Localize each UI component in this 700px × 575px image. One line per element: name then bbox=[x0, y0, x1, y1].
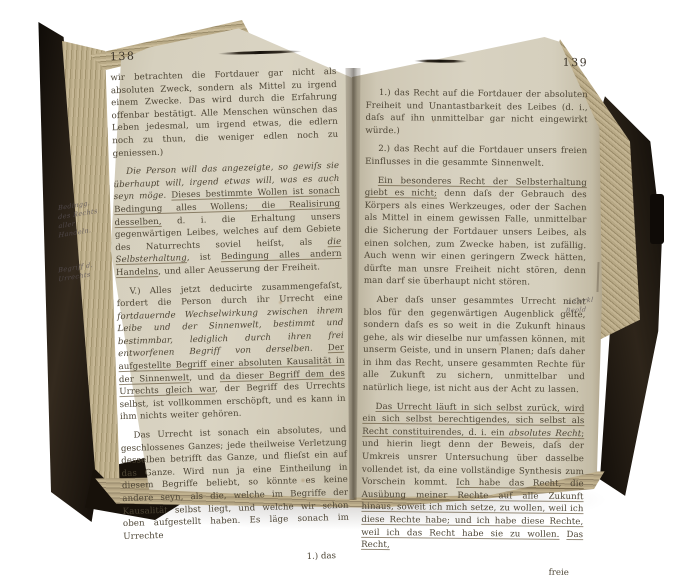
right-page-catchword: freie bbox=[361, 566, 583, 575]
header-rule bbox=[217, 49, 301, 54]
left-page-text-block: 138 wir betrachten die Fortdauer gar nic… bbox=[110, 43, 349, 501]
right-page-text-block: 139 1.) das Recht auf die Fortdauer der … bbox=[362, 53, 588, 485]
printed-paragraph: wir betrachten die Fortdauer gar nicht a… bbox=[110, 66, 338, 160]
left-page-paragraphs: wir betrachten die Fortdauer gar nicht a… bbox=[110, 66, 349, 544]
header-rule bbox=[414, 59, 467, 63]
photo-of-open-book: 138 wir betrachten die Fortdauer gar nic… bbox=[0, 0, 700, 575]
printed-paragraph: Die Person will das angezeigte, so gewiſ… bbox=[113, 160, 342, 280]
text-segment: 1.) das Recht auf die Fortdauer der abso… bbox=[365, 88, 587, 136]
printed-paragraph: V.) Alles jetzt deducirte zusammengefaſs… bbox=[116, 279, 346, 424]
text-segment: , und bbox=[189, 372, 220, 383]
text-segment: Das Urrecht ist sonach ein absolutes, un… bbox=[121, 425, 349, 542]
text-segment: , und aller Aeusserung der Freiheit. bbox=[158, 262, 320, 277]
handwritten-marginalia: a CurklBeold bbox=[565, 294, 615, 316]
printed-paragraph: Aber daſs unser gesammtes Urrecht nicht … bbox=[363, 294, 586, 397]
printed-paragraph: 2.) das Recht auf die Fortdauer unsers f… bbox=[365, 143, 587, 171]
printed-paragraph: 1.) das Recht auf die Fortdauer der abso… bbox=[365, 87, 588, 140]
printed-paragraph: Ein besonderes Recht der Selbsterhaltung… bbox=[364, 174, 587, 290]
text-segment: 2.) das Recht auf die Fortdauer unsers f… bbox=[365, 144, 587, 168]
text-segment: denn daſs der Gebrauch des Körpers als e… bbox=[364, 189, 587, 288]
cover-edge-tab bbox=[650, 194, 664, 244]
printed-paragraph: Das Urrecht ist sonach ein absolutes, un… bbox=[120, 424, 349, 544]
left-page-catchword: 1.) das bbox=[124, 551, 350, 567]
text-segment bbox=[313, 344, 328, 354]
text-segment: , ist bbox=[187, 253, 221, 264]
text-segment: wir betrachten die Fortdauer gar nicht a… bbox=[110, 67, 338, 159]
text-segment: absolutes Recht bbox=[509, 428, 582, 439]
right-page-number: 139 bbox=[563, 55, 589, 68]
left-page-number: 138 bbox=[110, 49, 136, 63]
text-segment: fortdauernde Wechselwirkung zwischen ihr… bbox=[117, 306, 344, 360]
printed-paragraph: Das Urrecht läuft in sich selbst zurück,… bbox=[361, 400, 585, 553]
text-segment: Aber daſs unser gesammtes Urrecht nicht … bbox=[363, 295, 586, 395]
right-page-header: 139 bbox=[366, 53, 588, 69]
text-segment: ; bbox=[581, 429, 584, 439]
text-segment: V.) Alles jetzt deducirte zusammengefaſs… bbox=[117, 280, 343, 309]
right-page-paragraphs: 1.) das Recht auf die Fortdauer der abso… bbox=[361, 87, 588, 554]
